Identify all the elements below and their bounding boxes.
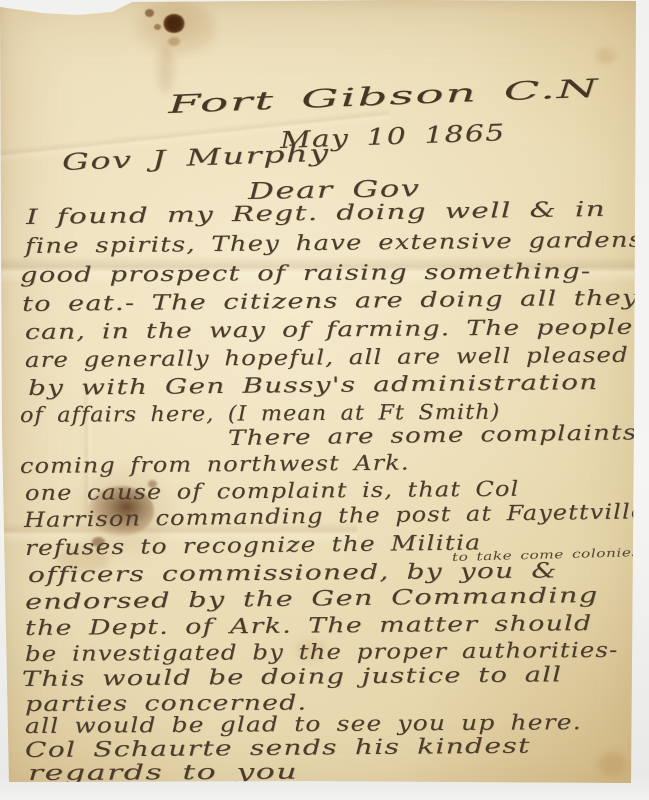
age-spot (598, 752, 626, 776)
handwritten-line: are generally hopeful, all are well plea… (25, 345, 629, 371)
handwritten-line: This would be doing justice to all (22, 664, 562, 690)
letter-place-line: Fort Gibson C.N (168, 75, 600, 117)
ink-stain (163, 14, 185, 33)
scan-background: Fort Gibson C.N May 10 1865 Gov J Murphy… (0, 0, 649, 800)
handwritten-line: good prospect of raising something- (20, 261, 592, 286)
ink-stain (168, 37, 180, 46)
handwritten-line: There are some complaints (228, 422, 638, 449)
ink-stain (145, 9, 154, 17)
ink-stain (158, 45, 174, 93)
handwritten-line: refuses to recognize the Militia (25, 532, 481, 559)
handwritten-line: be investigated by the proper authoritie… (25, 640, 619, 665)
handwritten-line: one cause of complaint is, that Col (25, 479, 520, 504)
handwritten-line: coming from northwest Ark. (20, 453, 410, 477)
handwritten-line: Col Schaurte sends his kindest (25, 736, 531, 761)
handwritten-line: can, in the way of farming. The people (25, 317, 634, 343)
ink-stain (154, 24, 161, 30)
handwritten-line: Harrison commanding the post at Fayettvi… (24, 501, 646, 531)
handwritten-line: regards to you (28, 762, 298, 784)
letter-page: Fort Gibson C.N May 10 1865 Gov J Murphy… (0, 0, 649, 800)
letter-addressee-line: Gov J Murphy (62, 143, 330, 175)
handwritten-line: I found my Regt. doing well & in (26, 199, 606, 228)
handwritten-line: to eat.- The citizens are doing all they (22, 288, 639, 315)
handwritten-line: endorsed by the Gen Commanding (25, 585, 599, 613)
ink-stain (132, 0, 217, 58)
handwritten-line: fine spirits, They have extensive garden… (25, 230, 643, 257)
handwritten-line: by with Gen Bussy's administration (28, 372, 599, 399)
handwritten-line: officers commissioned, by you & (28, 560, 558, 586)
handwritten-line: the Dept. of Ark. The matter should (25, 613, 593, 639)
age-spot (596, 48, 616, 64)
